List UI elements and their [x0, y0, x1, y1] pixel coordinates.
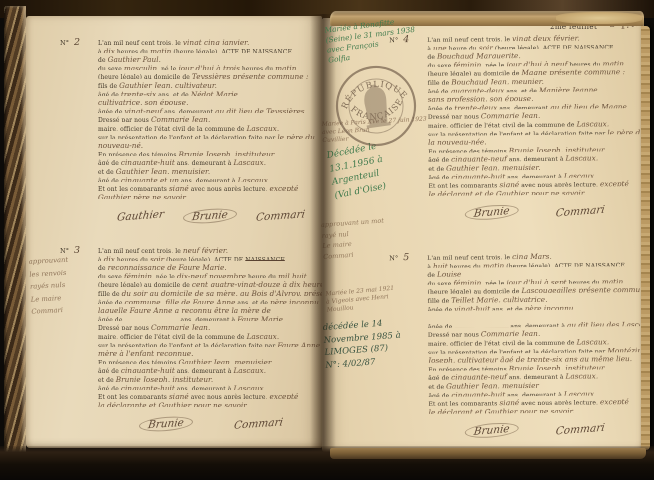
printed-form-text: L'an mil neuf cent trois, le: [98, 40, 183, 45]
handwritten-entry: neuf février,: [183, 246, 228, 253]
record-line: sur la présentation de l'enfant et la dé…: [98, 339, 324, 348]
marbled-cover-edge: [4, 6, 26, 452]
acte-record-3-reconnaissance: N°3 L'an mil neuf cent trois, le neuf fé…: [98, 244, 324, 432]
record-number: N°2: [60, 37, 80, 48]
record-line: du sexe féminin, née le dix-neuf novembr…: [98, 270, 324, 279]
record-line: âgé de cinquante et un ans, demeurant à …: [98, 174, 324, 183]
handwritten-entry: Commarie Jean,: [151, 323, 210, 330]
signature: Brunie: [138, 415, 194, 433]
acte-de-naissance-record-5: N°5 L'an mil neuf cent trois, le cinq Ma…: [427, 249, 641, 439]
handwritten-entry: le père du: [277, 133, 314, 140]
handwritten-entry: Faure Anne,: [277, 341, 322, 348]
printed-form-text: Et ont les comparants: [98, 394, 169, 399]
handwritten-entry: le déclarant et Gauthier pour ne savoir.: [429, 406, 575, 414]
handwritten-entry: Lascaux,: [247, 124, 280, 131]
numero-label: N°: [60, 39, 69, 47]
page-stack-right-edge: [641, 26, 650, 450]
record-line: la déclarante et Gauthier pour ne savoir…: [98, 399, 324, 408]
printed-form-text: Et ont les comparants: [98, 186, 169, 191]
record-line: maire, officier de l'état civil de la co…: [98, 122, 324, 131]
numero-label: N°: [60, 247, 69, 255]
record-line: à dix heures du matin (heure légale), AC…: [98, 45, 324, 54]
margin-note-mayor-approval: approuvant un motrayé nulLe maireCommari: [321, 212, 436, 262]
note-line: rayés nuls: [30, 277, 97, 293]
record-text: L'an mil neuf cent trois, le vingt cinq …: [98, 36, 324, 199]
record-line: âgé de cinquante-huit ans, demeurant à L…: [98, 156, 324, 165]
handwritten-entry: signé: [169, 392, 189, 399]
handwritten-entry: nouveau-né.: [98, 141, 143, 148]
record-text: L'an mil neuf cent trois, le vingt deux …: [427, 31, 640, 196]
record-line: Et ont les comparants signé avec nous ap…: [98, 182, 324, 191]
signature: Brunie: [464, 421, 520, 439]
record-line: à dix heures du soir (heure légale), ACT…: [98, 253, 324, 262]
republique-francaise-stamp: RÉPUBLIQUE FRANÇAISE: [329, 59, 424, 154]
signature: Gauthier: [116, 209, 165, 224]
note-line: N°: 4/02/87: [325, 352, 438, 372]
record-number: N°4: [389, 34, 409, 45]
numero-value: 4: [403, 34, 409, 45]
handwritten-entry: dix: [104, 255, 115, 262]
signature: Commari: [233, 417, 283, 433]
numero-label: N°: [389, 254, 398, 262]
handwritten-entry: Lascaux.: [233, 384, 266, 391]
handwritten-entry: le déclarant et de Gauthier pour ne savo…: [429, 188, 586, 196]
handwritten-entry: commune, fille de Faure Anne: [125, 298, 236, 305]
printed-form-text: NAISSANCE: [245, 257, 285, 262]
signature: Brunie: [182, 207, 238, 225]
page-edge-stain: [556, 12, 642, 24]
acte-de-naissance-record-2: N°2 L'an mil neuf cent trois, le vingt c…: [98, 36, 324, 224]
handwritten-entry: au dit lieu de Teyssières: [215, 107, 304, 114]
handwritten-entry: Brunie Joseph, instituteur,: [116, 375, 213, 382]
signatures-row: BrunieCommari: [429, 421, 641, 439]
record-line: et de Brunie Joseph, instituteur,: [98, 373, 324, 382]
printed-form-text: et de: [428, 166, 446, 171]
signatures-row: BrunieCommari: [429, 203, 641, 221]
record-line: âgé de cinquante-huit ans, demeurant à L…: [98, 364, 324, 373]
handwritten-entry: Lascaux,: [233, 366, 266, 373]
handwritten-entry: père inconnu,: [270, 298, 321, 305]
numero-value: 5: [403, 252, 409, 263]
record-line: nouveau-né.: [98, 139, 324, 148]
note-line: LIMOGES (87): [324, 339, 437, 359]
note-line: les renvois: [29, 265, 96, 281]
record-text: L'an mil neuf cent trois, le cinq Mars,à…: [427, 249, 640, 414]
handwritten-entry: cultivatrice, son épouse,: [98, 98, 188, 105]
handwritten-entry: matin: [483, 261, 504, 268]
record-number: N°5: [389, 252, 409, 263]
printed-form-text: ans, et de: [490, 306, 525, 311]
handwritten-entry: Nédot Marie,: [191, 90, 240, 97]
record-line: En présence des témoins Gauthier Jean, m…: [98, 356, 324, 365]
handwritten-entry: trente-six: [121, 90, 156, 97]
handwritten-entry: reconnaissance de Faure Marie,: [108, 263, 227, 270]
signatures-row: BrunieCommari: [98, 416, 324, 432]
record-line: Dressé par nous Commarie Jean,: [98, 321, 324, 330]
margin-note-mayor-approval: approuvantles renvoisrayés nulsLe maireC…: [28, 252, 97, 318]
printed-form-text: âgée de: [428, 306, 455, 311]
note-line: Mouillou: [327, 297, 433, 314]
record-number: N°3: [60, 245, 80, 256]
handwritten-entry: Lascaux,: [247, 332, 280, 339]
record-line: cultivatrice, son épouse,: [98, 96, 324, 105]
numero-value: 2: [74, 37, 80, 48]
record-line: de reconnaissance de Faure Marie,: [98, 261, 324, 270]
note-line: rayé nul: [321, 223, 433, 241]
printed-form-text: et de: [98, 377, 116, 382]
signature: Commari: [555, 422, 605, 438]
record-line: Et ont les comparants signé avec nous ap…: [98, 390, 324, 399]
record-line: En présence des témoins Brunie Joseph, i…: [98, 148, 324, 157]
register-page-right: 2me feuillet 3 P. A. RÉPUBLIQUE FRANÇAIS…: [322, 18, 644, 452]
printed-form-text: et de: [98, 169, 116, 174]
note-line: Le maire: [322, 233, 434, 251]
handwritten-entry: matin: [150, 47, 171, 54]
record-line: de Gauthier Paul,: [98, 53, 324, 62]
handwritten-entry: Gauthier père ne savoir.: [98, 193, 187, 200]
handwritten-entry: excepté: [270, 184, 299, 191]
handwritten-entry: Teyssières présente commune ;: [192, 72, 308, 79]
handwritten-entry: Lascaux.: [238, 176, 271, 183]
handwritten-entry: féminin: [124, 272, 152, 279]
printed-form-text: et de: [428, 384, 446, 389]
handwritten-entry: laquelle Faure Anne a reconnu être la mè…: [98, 306, 271, 313]
margin-note-marriage-1921: Mariée le 23 mai 1921à Vigeois avec Henr…: [325, 281, 433, 314]
record-line: âgée de commune, fille de Faure Anne ans…: [98, 296, 324, 305]
handwritten-entry: signé: [169, 184, 189, 191]
handwritten-entry: Commarie Jean,: [151, 115, 210, 122]
note-line: Le maire: [30, 290, 97, 306]
handwritten-entry: du soir au domicile de sa mère, au Bois …: [122, 289, 324, 296]
handwritten-entry: dix-neuf novembre: [177, 272, 246, 279]
record-line: le déclarant et Gauthier pour ne savoir.: [429, 404, 641, 414]
acte-de-naissance-record-4: N°4 L'an mil neuf cent trois, le vingt d…: [427, 31, 641, 221]
record-line: âgée de vingt-neuf ans, demeurant au dit…: [98, 105, 324, 114]
numero-value: 3: [74, 245, 80, 256]
signatures-row: GauthierBrunieCommari: [98, 208, 324, 224]
printed-form-text: fils de: [98, 83, 119, 88]
handwritten-entry: cent quatre-vingt-douze à dix heures: [192, 280, 324, 287]
handwritten-entry: cinquante et un: [121, 176, 179, 183]
printed-form-text: avec nous après lecture,: [189, 394, 270, 399]
record-line: âgée de ans, demeurant à Faure Marie.: [98, 313, 324, 322]
page-stack-top-edge: [330, 11, 644, 26]
handwritten-entry: excepté: [270, 392, 299, 399]
handwritten-entry: Gauthier Paul,: [108, 55, 161, 62]
printed-form-text: avec nous après lecture,: [189, 186, 270, 191]
handwritten-entry: vingt cinq janvier,: [183, 38, 249, 45]
handwritten-entry: vingt-neuf: [125, 107, 163, 114]
record-line: Dressé par nous Commarie Jean,: [98, 113, 324, 122]
record-line: laquelle Faure Anne a reconnu être la mè…: [98, 304, 324, 313]
record-line: maire, officier de l'état civil de la co…: [98, 330, 324, 339]
handwritten-entry: la déclarante et Gauthier pour ne savoir…: [98, 401, 248, 408]
handwritten-entry: vingt-huit: [454, 304, 490, 311]
record-line: âgé de trente-six ans, et de Nédot Marie…: [98, 88, 324, 97]
printed-form-text: L'an mil neuf cent trois, le: [98, 248, 183, 253]
handwritten-entry: Faure Marie.: [237, 315, 285, 322]
signature: Commari: [255, 209, 305, 225]
handwritten-entry: Gauthier Jean, menuisier,: [116, 167, 210, 174]
printed-form-text: maire, officier de l'état civil de la co…: [98, 126, 247, 131]
blank-rule: [125, 315, 179, 322]
record-line: L'an mil neuf cent trois, le vingt cinq …: [98, 36, 324, 45]
record-line: du sexe masculin, né le jour d'hui à tro…: [98, 62, 324, 71]
handwritten-entry: Lascaux,: [233, 158, 266, 165]
note-line: à Vigeois avec Henri: [326, 289, 432, 306]
handwritten-entry: masculin: [124, 64, 157, 71]
printed-form-text: fille de: [98, 291, 122, 296]
record-line: et de Gauthier Jean, menuisier,: [98, 165, 324, 174]
handwritten-entry: cinquante-huit: [121, 366, 175, 373]
note-line: Argenteuil: [331, 157, 434, 190]
margin-note-death-limoges-1985: décédée le 14Novembre 1985 àLIMOGES (87)…: [322, 314, 437, 372]
numero-label: N°: [389, 36, 398, 44]
note-line: Mariée le 23 mai 1921: [325, 281, 431, 298]
handwritten-entry: soir: [150, 255, 164, 262]
record-line: fille de du soir au domicile de sa mère,…: [98, 287, 324, 296]
note-line: approuvant un mot: [321, 212, 433, 230]
note-line: Commari: [31, 302, 98, 318]
record-line: sur la présentation de l'enfant et la dé…: [428, 126, 640, 136]
handwritten-entry: dix: [104, 47, 115, 54]
record-line: (heure légale) au domicile de cent quatr…: [98, 278, 324, 287]
note-line: (Val d'Oise): [334, 171, 437, 204]
handwritten-entry: cinquante-huit: [121, 158, 175, 165]
note-line: Commari: [323, 244, 435, 262]
record-line: Gauthier père ne savoir.: [98, 191, 324, 200]
record-line: L'an mil neuf cent trois, le neuf févrie…: [98, 244, 324, 253]
record-line: âgé de cinquante-huit ans, demeurant à L…: [98, 382, 324, 391]
handwritten-entry: jour d'hui à trois: [178, 64, 239, 71]
handwritten-entry: mère à l'enfant reconnue.: [98, 349, 193, 356]
page-stack-bottom-edge: [330, 448, 646, 459]
record-line: le déclarant et de Gauthier pour ne savo…: [429, 186, 641, 196]
note-line: avec François: [326, 32, 436, 55]
scanned-civil-register-spread: N°2 L'an mil neuf cent trois, le vingt c…: [0, 0, 654, 480]
printed-form-text: maire, officier de l'état civil de la co…: [98, 334, 247, 339]
register-page-left: N°2 L'an mil neuf cent trois, le vingt c…: [26, 16, 322, 448]
handwritten-entry: Brunie Joseph, instituteur,: [179, 150, 276, 157]
note-line: Novembre 1985 à: [323, 327, 436, 347]
record-line: (heure légale) au domicile de Teyssières…: [98, 70, 324, 79]
handwritten-entry: Gauthier Jean, cultivateur,: [119, 81, 217, 88]
signature: Commari: [555, 204, 605, 220]
record-line: mère à l'enfant reconnue.: [98, 347, 324, 356]
record-line: fils de Gauthier Jean, cultivateur,: [98, 79, 324, 88]
handwritten-entry: cinquante-huit: [121, 384, 175, 391]
handwritten-entry: Gauthier Jean, menuisier,: [179, 358, 273, 365]
handwritten-entry: mil huit: [278, 272, 307, 279]
record-line: sur la présentation de l'enfant et la dé…: [98, 131, 324, 140]
record-text: L'an mil neuf cent trois, le neuf févrie…: [98, 244, 324, 407]
printed-form-text: (heure légale), ACTE DE NAISSANCE: [171, 49, 292, 54]
note-line: décédée le 14: [322, 314, 435, 334]
handwritten-entry: matin: [275, 64, 296, 71]
signature: Brunie: [464, 203, 520, 221]
